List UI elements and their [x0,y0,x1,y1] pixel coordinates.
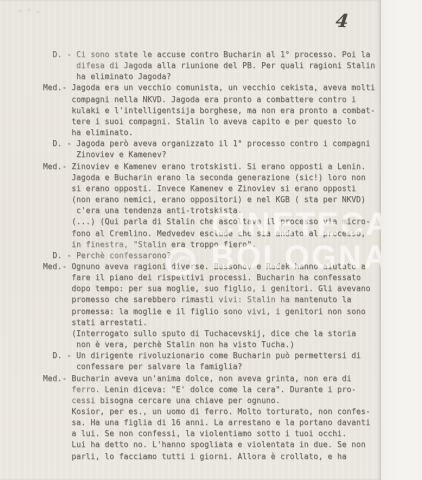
text-line: D. - Ci sono state le accuse contro Buch… [43,49,388,60]
text-line: tere i suoi compagni. Stalin lo aveva ca… [43,116,388,127]
text-line: (non erano nemici, erano oppositori) e n… [43,194,388,205]
scanner-background [381,0,422,480]
text-line: Zinoviev e Kamenev? [43,149,388,160]
text-line: ha eliminato Jagoda? [43,71,388,82]
text-line: Kosior, per es., un uomo di ferro. Molto… [43,406,388,417]
text-line: ha eliminato. [43,127,388,138]
text-line: Lui ha detto no. L'hanno spogliata e vio… [43,439,388,450]
text-line: Med.- Jagoda era un vecchio comunista, u… [43,82,388,93]
text-line: si erano opposti. Invece Kamenev e Zinov… [43,183,388,194]
text-line: in finestra, "Stalin era troppo fiero". [43,239,388,250]
scanned-document-scene: 4 D. - Ci sono state le accuse contro Bu… [0,0,422,480]
text-line: fare il piano dei rispettivi processi. B… [43,272,388,283]
text-line: c'era una tendenza anti-trotskista. [43,205,388,216]
text-line: Jagoda e Bucharin erano la seconda gener… [43,172,388,183]
text-line: D. - Jagoda però aveva organizzato il 1°… [43,138,388,149]
text-line: confessare per salvare la famiglia? [43,361,388,372]
text-line: fono al Cremlino. Medvedev esclude che s… [43,228,388,239]
text-line: Med.- Zinoviev e Kamenev erano trotskist… [43,161,388,172]
text-line: stati arrestati. [43,317,388,328]
text-line: compagni nella NKVD. Jagoda era pronto a… [43,94,388,105]
text-line: (...) (Qui parla di Stalin che ascoltava… [43,216,388,227]
pencil-smudge [16,7,42,14]
handwritten-page-number: 4 [329,8,354,35]
text-line: Med.- Ognuno aveva ragioni diverse. Bess… [43,261,388,272]
text-line: D. - Un dirigente rivoluzionario come Bu… [43,350,388,361]
text-line: promessa: la moglie e il figlio sono viv… [43,306,388,317]
text-line: non è vera, perchè Stalin non ha visto T… [43,339,388,350]
document-page: 4 D. - Ci sono state le accuse contro Bu… [0,0,381,480]
text-line: kulaki e l'intelligentsija borghese, ma … [43,105,388,116]
text-line: D. - Perchè confessarono? [43,250,388,261]
text-line: (Interrogato sullo sputo di Tuchacevskij… [43,328,388,339]
text-line: sa. Ha una figlia di 16 anni. La arresta… [43,417,388,428]
text-line: cessi bisogna cercare una chiave per ogn… [43,395,388,406]
text-line: parli, lo facciamo tutti i giorni. Allor… [43,451,388,462]
text-line: promesso che sarebbero rimasti vivi: Sta… [43,294,388,305]
text-line: Med.- Bucharin aveva un'anima dolce, non… [43,373,388,384]
typewritten-text: D. - Ci sono state le accuse contro Buch… [43,49,388,462]
text-line: a lui. Se non confessi, la violentiamo s… [43,428,388,439]
text-line: dopo tempo: per sua moglie, suo figlio, … [43,283,388,294]
text-line: difesa di Jagoda alla riunione del PB. P… [43,60,388,71]
text-line: ferro. Lenin diceva: "E' dolce come la c… [43,384,388,395]
